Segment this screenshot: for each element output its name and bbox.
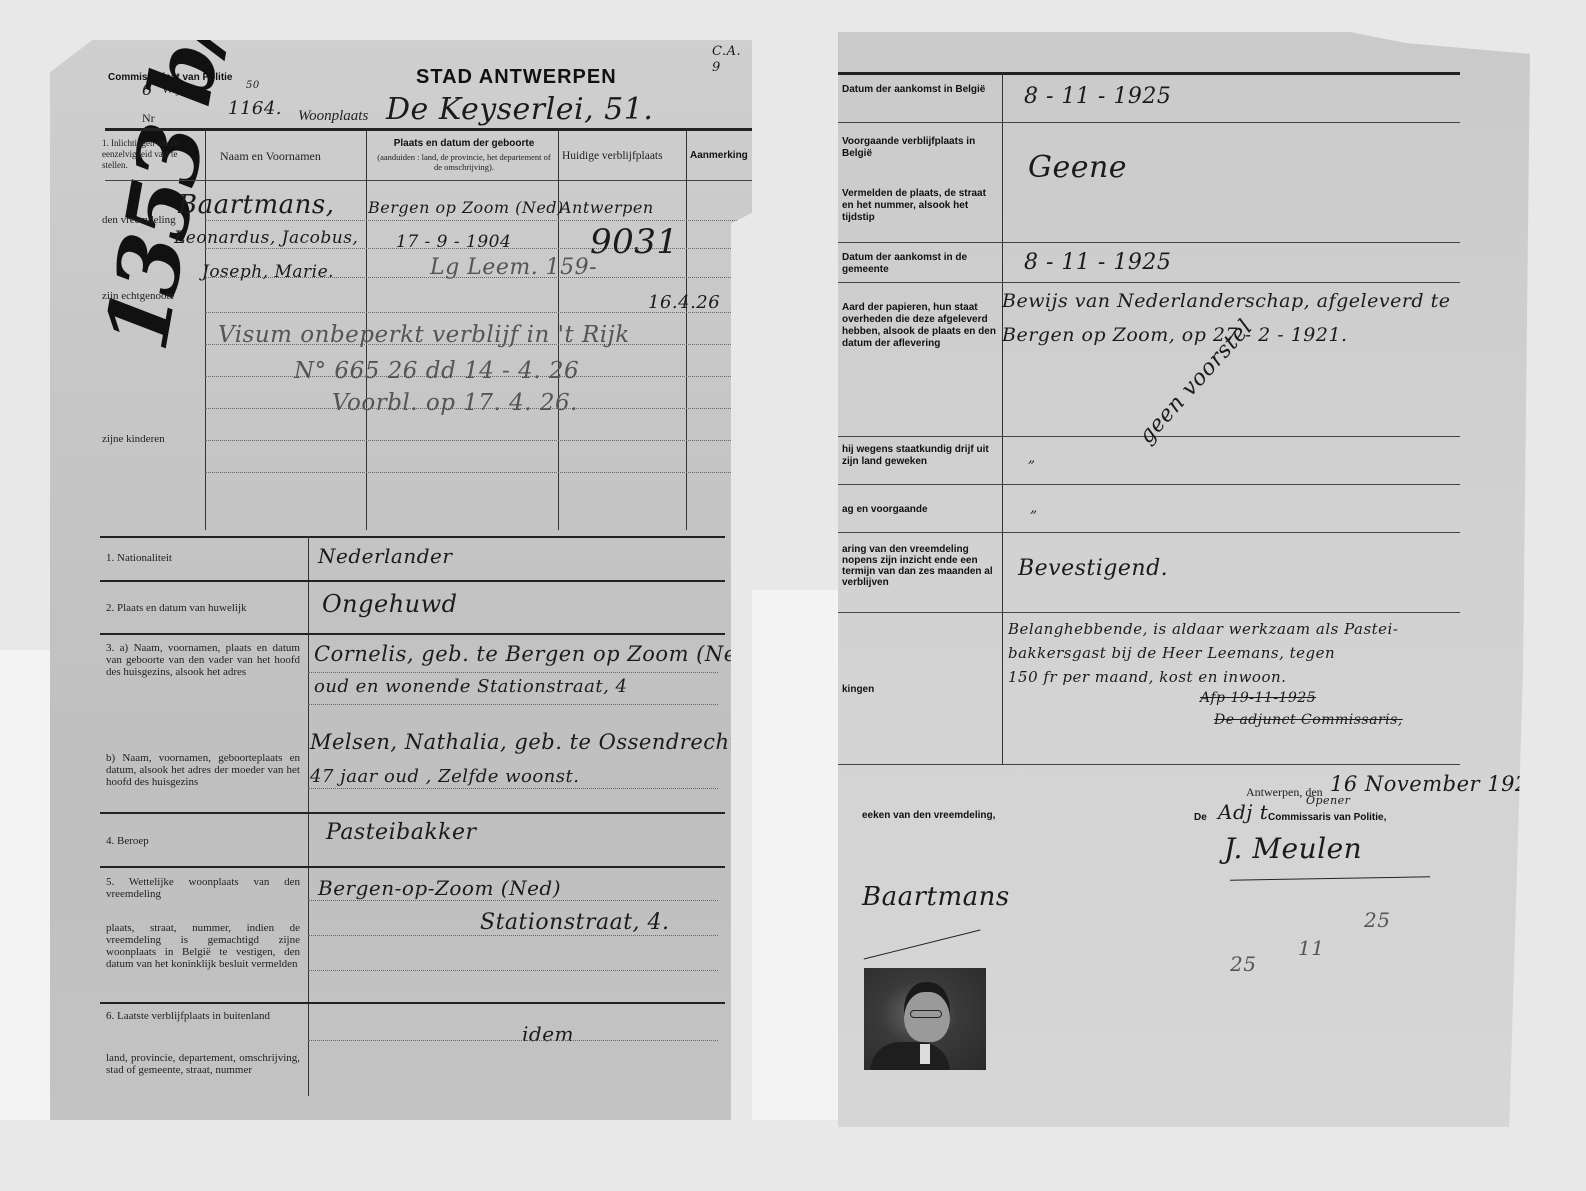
rfield-value-aanm-2: bakkersgast bij de Heer Leemans, tegen bbox=[1008, 644, 1335, 662]
rfield-label-aankomst-gemeente: Datum der aankomst in de gemeente bbox=[842, 252, 998, 276]
commissaris-label: Commissaris van Politie, bbox=[1268, 812, 1386, 823]
field-value-woonplaats-1: Bergen-op-Zoom (Ned) bbox=[318, 876, 561, 900]
field-value-vader-2: oud en wonende Stationstraat, 4 bbox=[314, 676, 628, 697]
row-label-kinderen: zijne kinderen bbox=[102, 433, 165, 445]
field-label-vader: 3. a) Naam, voornamen, plaats en datum v… bbox=[106, 642, 300, 678]
section-rule bbox=[838, 764, 1460, 765]
photo-glasses bbox=[910, 1010, 942, 1018]
stamp-date-a: 25 bbox=[1230, 952, 1256, 976]
alien-signature: Baartmans bbox=[862, 882, 1010, 912]
section1-label: 1. Inlichtingen om de eenzelvigheid vast… bbox=[102, 138, 202, 171]
field-value-woonplaats-2: Stationstraat, 4. bbox=[480, 910, 670, 935]
col-header-birth: Plaats en datum der geboorte bbox=[376, 138, 552, 149]
header-rule bbox=[105, 128, 755, 131]
rfield-value-papieren-1: Bewijs van Nederlanderschap, afgeleverd … bbox=[1002, 290, 1450, 312]
pencil-note: Lg Leem. 159- bbox=[430, 255, 597, 280]
section-rule bbox=[838, 612, 1460, 613]
rfield-value-aankomst-belgie: 8 - 11 - 1925 bbox=[1024, 84, 1171, 109]
rfield-label-staatkundig: hij wegens staatkundig drijf uit zijn la… bbox=[842, 444, 998, 468]
field-divider bbox=[308, 536, 309, 1096]
remark-date: 16.4.26 bbox=[648, 292, 720, 313]
rfield-sublabel-voorgaande: Vermelden de plaats, de straat en het nu… bbox=[842, 188, 998, 224]
col-divider bbox=[686, 130, 687, 530]
commissaris-adj: Adj t bbox=[1218, 800, 1268, 824]
dotted-row bbox=[308, 970, 718, 971]
person-given-1: Leonardus, Jacobus, bbox=[174, 228, 358, 248]
rfield-value-aanm-1: Belanghebbende, is aldaar werkzaam als P… bbox=[1008, 620, 1398, 638]
birth-place: Bergen op Zoom (Ned) bbox=[368, 198, 564, 217]
margin-file-number: 1353 b/6 bbox=[86, 0, 253, 358]
field-sublabel-buitenland: land, provincie, departement, omschrijvi… bbox=[106, 1052, 300, 1076]
residence: Antwerpen bbox=[560, 198, 654, 217]
section-rule bbox=[100, 812, 725, 814]
dotted-row bbox=[308, 788, 718, 789]
dotted-row bbox=[205, 472, 755, 473]
field-label-moeder: b) Naam, voornamen, geboorteplaats en da… bbox=[106, 752, 300, 788]
field-value-buitenland: idem bbox=[522, 1022, 574, 1046]
visa-note-line1: Visum onbeperkt verblijf in 't Rijk bbox=[218, 322, 630, 348]
number-9031: 9031 bbox=[590, 222, 679, 262]
scan-gap bbox=[0, 650, 50, 1120]
rfield-value-aankomst-gemeente: 8 - 11 - 1925 bbox=[1024, 250, 1171, 275]
nr-superscript: 50 bbox=[246, 80, 260, 91]
rfield-value-voorgaande: Geene bbox=[1028, 150, 1127, 185]
person-given-2: Joseph, Marie. bbox=[202, 262, 334, 282]
rfield-value-voorgaande2: „ bbox=[1030, 500, 1038, 516]
header-rule bbox=[838, 72, 1460, 75]
document-title: STAD ANTWERPEN bbox=[416, 66, 617, 89]
signature-underline bbox=[1230, 876, 1430, 880]
visa-note-line2: N° 665 26 dd 14 - 4. 26 bbox=[294, 358, 579, 384]
section-rule bbox=[100, 866, 725, 868]
dotted-row bbox=[308, 935, 718, 936]
photo-body bbox=[870, 1042, 950, 1070]
rfield-label-voorgaande2: ag en voorgaande bbox=[842, 504, 998, 515]
signature-flourish bbox=[864, 929, 981, 959]
rfield-value-verklaring: Bevestigend. bbox=[1018, 556, 1168, 581]
field-value-vader-1: Cornelis, geb. te Bergen op Zoom (Ned) bbox=[314, 642, 759, 666]
dotted-row bbox=[308, 672, 718, 673]
field-label-woonplaats: 5. Wettelijke woonplaats van den vreemde… bbox=[106, 876, 300, 900]
dotted-row bbox=[308, 1040, 718, 1041]
rfield-label-aankomst-belgie: Datum der aankomst in België bbox=[842, 84, 998, 96]
woonplaats-value: De Keyserlei, 51. bbox=[386, 92, 653, 127]
scan-gap bbox=[752, 590, 840, 1120]
rfield-label-aanmerkingen: kingen bbox=[842, 684, 998, 695]
section-rule bbox=[838, 282, 1460, 283]
dotted-row bbox=[308, 900, 718, 901]
left-page: Commissariaat van Politie Wijk 6 Nr 1164… bbox=[50, 40, 752, 1120]
place-date-value: 16 November 1925 bbox=[1330, 772, 1543, 796]
commissaris-above: Opener bbox=[1306, 794, 1350, 807]
field-label-nationaliteit: 1. Nationaliteit bbox=[106, 552, 172, 564]
stamp-date-b: 11 bbox=[1298, 936, 1324, 960]
section-rule bbox=[838, 122, 1460, 123]
right-page: Datum der aankomst in België 8 - 11 - 19… bbox=[838, 32, 1530, 1127]
row-label-echtgenoote: zijn echtgenoote bbox=[102, 290, 174, 302]
corner-annotation: C.A. 9 bbox=[712, 44, 742, 76]
official-signature: J. Meulen bbox=[1224, 832, 1362, 865]
nr-value: 1164. bbox=[228, 98, 282, 119]
person-surname: Baartmans, bbox=[178, 190, 335, 220]
section-rule bbox=[838, 484, 1460, 485]
rfield-value-aanm-5: De adjunct Commissaris, bbox=[1214, 712, 1403, 728]
commissaris-prefix: De bbox=[1194, 812, 1207, 823]
rfield-value-aanm-3: 150 fr per maand, kost en inwoon. bbox=[1008, 668, 1286, 686]
field-label-huwelijk: 2. Plaats en datum van huwelijk bbox=[106, 602, 247, 614]
portrait-photo bbox=[864, 968, 986, 1070]
section-rule bbox=[838, 532, 1460, 533]
field-value-nationaliteit: Nederlander bbox=[318, 544, 452, 568]
section-rule bbox=[100, 633, 725, 635]
col-header-birth-sub: (aanduiden : land, de provincie, het dep… bbox=[376, 152, 552, 172]
dotted-row bbox=[308, 704, 718, 705]
col-header-name: Naam en Voornamen bbox=[220, 150, 321, 162]
col-header-remarks: Aanmerking bbox=[690, 150, 748, 161]
field-label-beroep: 4. Beroep bbox=[106, 835, 149, 847]
field-divider bbox=[1002, 74, 1003, 764]
section-rule bbox=[100, 536, 725, 538]
field-label-buitenland: 6. Laatste verblijfplaats in buitenland bbox=[106, 1010, 300, 1022]
section-rule bbox=[100, 580, 725, 582]
dotted-row bbox=[205, 440, 755, 441]
dotted-row bbox=[205, 220, 755, 221]
woonplaats-label: Woonplaats bbox=[298, 110, 368, 122]
photo-collar bbox=[920, 1044, 930, 1064]
rfield-label-papieren: Aard der papieren, hun staat overheden d… bbox=[842, 302, 998, 350]
col-header-residence: Huidige verblijfplaats bbox=[562, 150, 663, 162]
alien-signature-label: eeken van den vreemdeling, bbox=[862, 810, 995, 821]
field-value-moeder-1: Melsen, Nathalia, geb. te Ossendrecht bbox=[310, 730, 738, 754]
birth-date: 17 - 9 - 1904 bbox=[396, 232, 511, 252]
rfield-label-voorgaande: Voorgaande verblijfplaats in België bbox=[842, 136, 998, 160]
field-value-beroep: Pasteibakker bbox=[326, 820, 477, 845]
section-rule bbox=[838, 242, 1460, 243]
field-value-moeder-2: 47 jaar oud , Zelfde woonst. bbox=[310, 766, 579, 787]
field-value-huwelijk: Ongehuwd bbox=[322, 590, 458, 618]
rfield-value-papieren-2: Bergen op Zoom, op 27 - 2 - 1921. bbox=[1002, 324, 1348, 346]
rfield-value-staatkundig: „ bbox=[1028, 450, 1036, 466]
header-bottom-rule bbox=[105, 180, 755, 181]
visa-note-line3: Voorbl. op 17. 4. 26. bbox=[332, 390, 578, 416]
rfield-value-aanm-4: Afp 19-11-1925 bbox=[1200, 690, 1316, 706]
field-sublabel-woonplaats: plaats, straat, nummer, indien de vreemd… bbox=[106, 922, 300, 970]
stamp-date-c: 25 bbox=[1364, 908, 1390, 932]
rfield-label-verklaring: aring van den vreemdeling nopens zijn in… bbox=[842, 544, 998, 588]
section-rule bbox=[100, 1002, 725, 1004]
row-label-vreemdeling: den vreemdeling bbox=[102, 214, 176, 226]
